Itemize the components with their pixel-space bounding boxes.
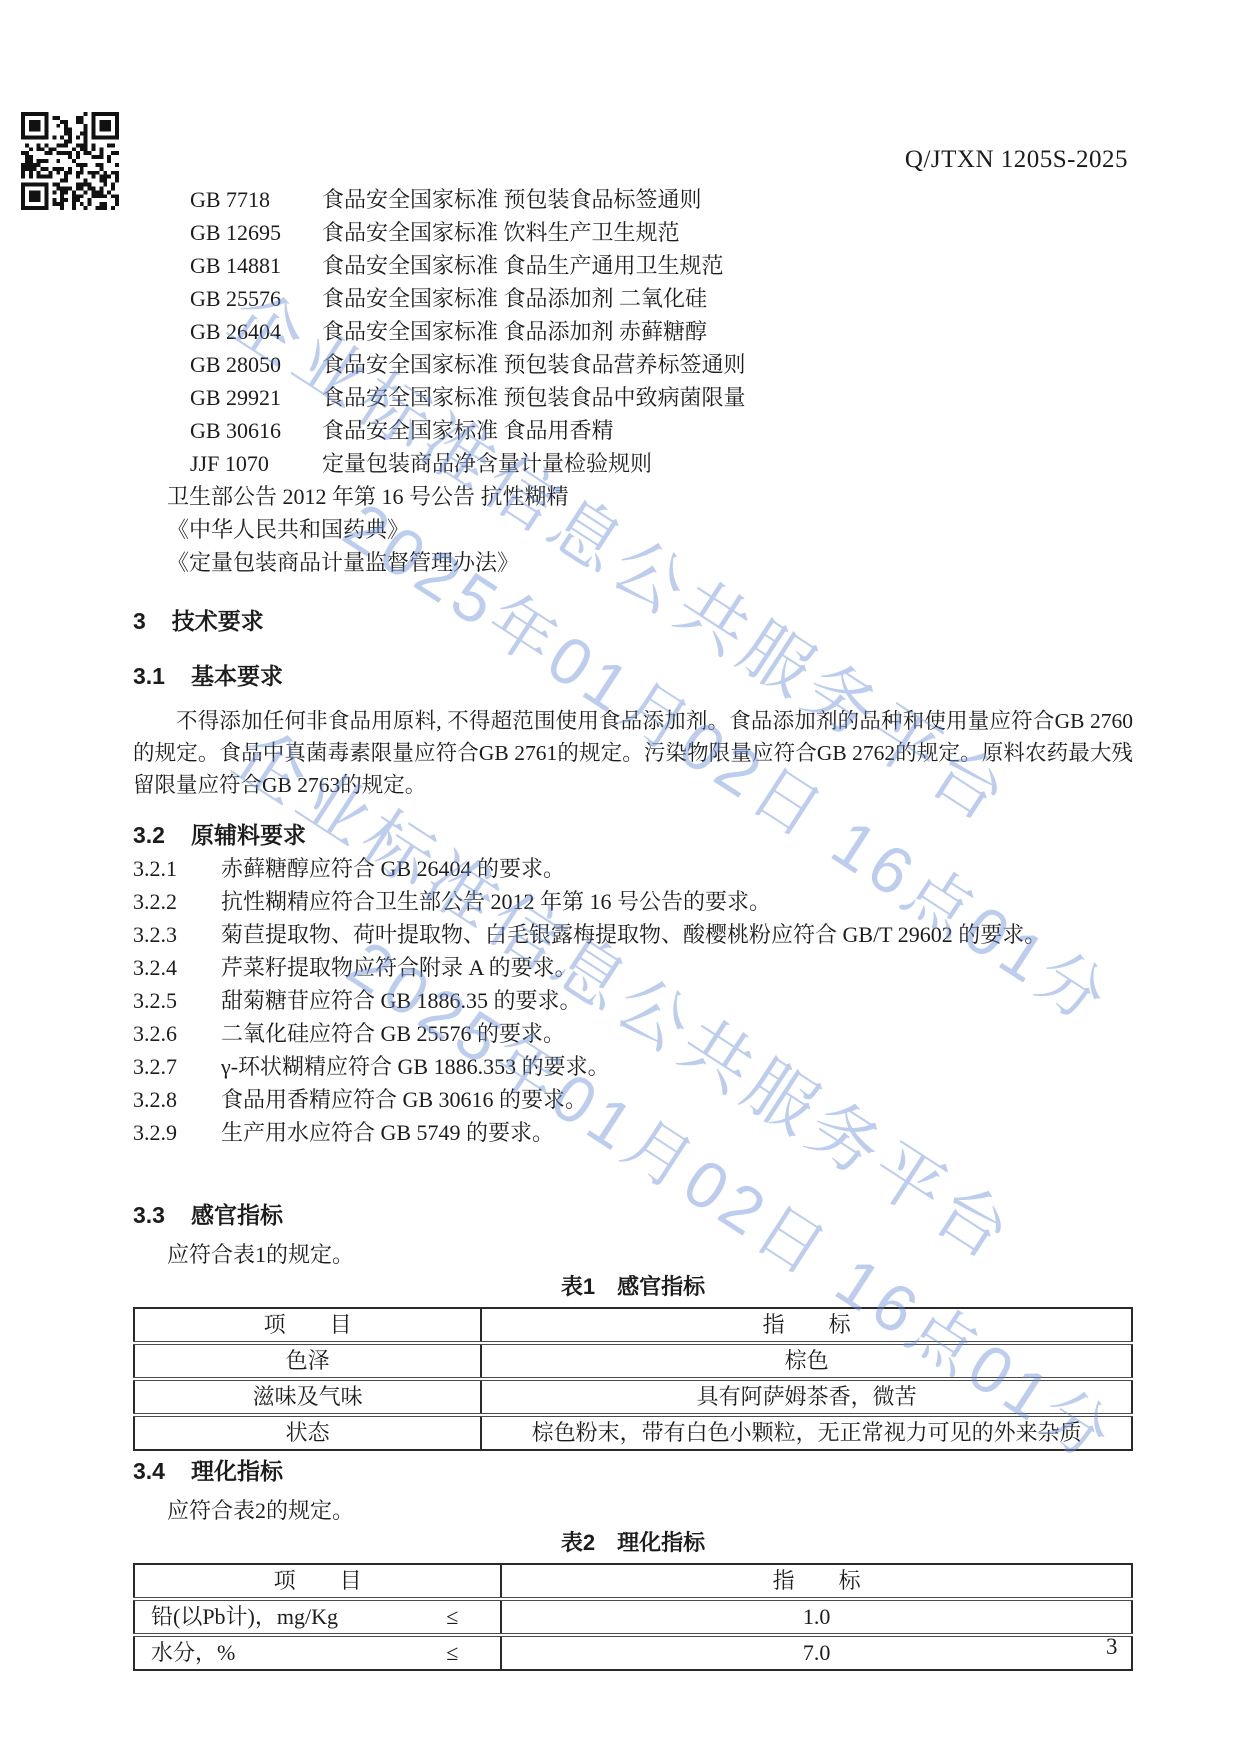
clause-3-2-8: 3.2.8 食品用香精应符合 GB 30616 的要求。	[133, 1083, 1133, 1116]
page-number: 3	[1106, 1634, 1118, 1660]
section-3-3-note: 应符合表1的规定。	[133, 1238, 1133, 1271]
table-row: 色泽 棕色	[134, 1343, 1132, 1379]
qr-code-icon	[20, 112, 120, 210]
reference-item: GB 28050 食品安全国家标准 预包装食品营养标签通则	[190, 348, 1133, 381]
table-header-row: 项 目 指 标	[134, 1308, 1132, 1343]
section-3-4-note: 应符合表2的规定。	[133, 1494, 1133, 1527]
clause-3-2-1: 3.2.1 赤藓糖醇应符合 GB 26404 的要求。	[133, 852, 1133, 885]
table-row: 水分，% ≤ 7.0	[134, 1635, 1132, 1670]
standard-number: Q/JTXN 1205S-2025	[905, 146, 1128, 174]
clause-3-2-4: 3.2.4 芹菜籽提取物应符合附录 A 的要求。	[133, 951, 1133, 984]
table-header-row: 项 目 指 标	[134, 1564, 1132, 1599]
section-3-4-heading: 3.4 理化指标	[133, 1455, 1133, 1488]
reference-item: GB 25576 食品安全国家标准 食品添加剂 二氧化硅	[190, 282, 1133, 315]
table1-caption: 表1 感官指标	[133, 1273, 1133, 1301]
reference-item: GB 7718 食品安全国家标准 预包装食品标签通则	[190, 183, 1133, 216]
reference-item: GB 26404 食品安全国家标准 食品添加剂 赤藓糖醇	[190, 315, 1133, 348]
document-page: Q/JTXN 1205S-2025 GB 7718 食品安全国家标准 预包装食品…	[0, 0, 1240, 1753]
section-3-2-heading: 3.2 原辅料要求	[133, 819, 1133, 852]
reference-announcement: 卫生部公告 2012 年第 16 号公告 抗性糊精	[133, 480, 1133, 513]
clause-3-2-3: 3.2.3 菊苣提取物、荷叶提取物、白毛银露梅提取物、酸樱桃粉应符合 GB/T …	[133, 918, 1133, 951]
section-3-1-paragraph: 不得添加任何非食品用原料, 不得超范围使用食品添加剂。食品添加剂的品种和使用量应…	[133, 705, 1133, 801]
section-3-1-heading: 3.1 基本要求	[133, 660, 1133, 693]
reference-item: GB 29921 食品安全国家标准 预包装食品中致病菌限量	[190, 381, 1133, 414]
reference-item: GB 30616 食品安全国家标准 食品用香精	[190, 414, 1133, 447]
table1-sensory-indicators: 项 目 指 标 色泽 棕色 滋味及气味 具有阿萨姆茶香，微苦 状态 棕色粉末，带…	[133, 1307, 1133, 1451]
table-row: 状态 棕色粉末，带有白色小颗粒，无正常视力可见的外来杂质	[134, 1415, 1132, 1450]
clause-3-2-9: 3.2.9 生产用水应符合 GB 5749 的要求。	[133, 1116, 1133, 1149]
clause-3-2-5: 3.2.5 甜菊糖苷应符合 GB 1886.35 的要求。	[133, 984, 1133, 1017]
table-row: 铅(以Pb计)，mg/Kg ≤ 1.0	[134, 1599, 1132, 1635]
table1-header-spec: 指 标	[481, 1308, 1132, 1343]
reference-measures: 《定量包装商品计量监督管理办法》	[133, 546, 1133, 579]
clause-3-2-2: 3.2.2 抗性糊精应符合卫生部公告 2012 年第 16 号公告的要求。	[133, 885, 1133, 918]
less-equal-sign: ≤	[446, 1638, 492, 1668]
reference-pharmacopoeia: 《中华人民共和国药典》	[133, 513, 1133, 546]
table-row: 滋味及气味 具有阿萨姆茶香，微苦	[134, 1379, 1132, 1415]
normative-references-list: GB 7718 食品安全国家标准 预包装食品标签通则 GB 12695 食品安全…	[133, 0, 1133, 480]
clause-3-2-6: 3.2.6 二氧化硅应符合 GB 25576 的要求。	[133, 1017, 1133, 1050]
clause-3-2-7: 3.2.7 γ-环状糊精应符合 GB 1886.353 的要求。	[133, 1050, 1133, 1083]
table2-header-spec: 指 标	[501, 1564, 1132, 1599]
section-3-3-heading: 3.3 感官指标	[133, 1199, 1133, 1232]
reference-item: GB 12695 食品安全国家标准 饮料生产卫生规范	[190, 216, 1133, 249]
reference-item: JJF 1070 定量包装商品净含量计量检验规则	[190, 447, 1133, 480]
reference-item: GB 14881 食品安全国家标准 食品生产通用卫生规范	[190, 249, 1133, 282]
section-3-heading: 3 技术要求	[133, 605, 1133, 638]
table2-caption: 表2 理化指标	[133, 1529, 1133, 1557]
table1-header-item: 项 目	[134, 1308, 481, 1343]
less-equal-sign: ≤	[446, 1602, 492, 1632]
table2-physicochemical-indicators: 项 目 指 标 铅(以Pb计)，mg/Kg ≤ 1.0 水分，% ≤	[133, 1563, 1133, 1671]
table2-header-item: 项 目	[134, 1564, 501, 1599]
